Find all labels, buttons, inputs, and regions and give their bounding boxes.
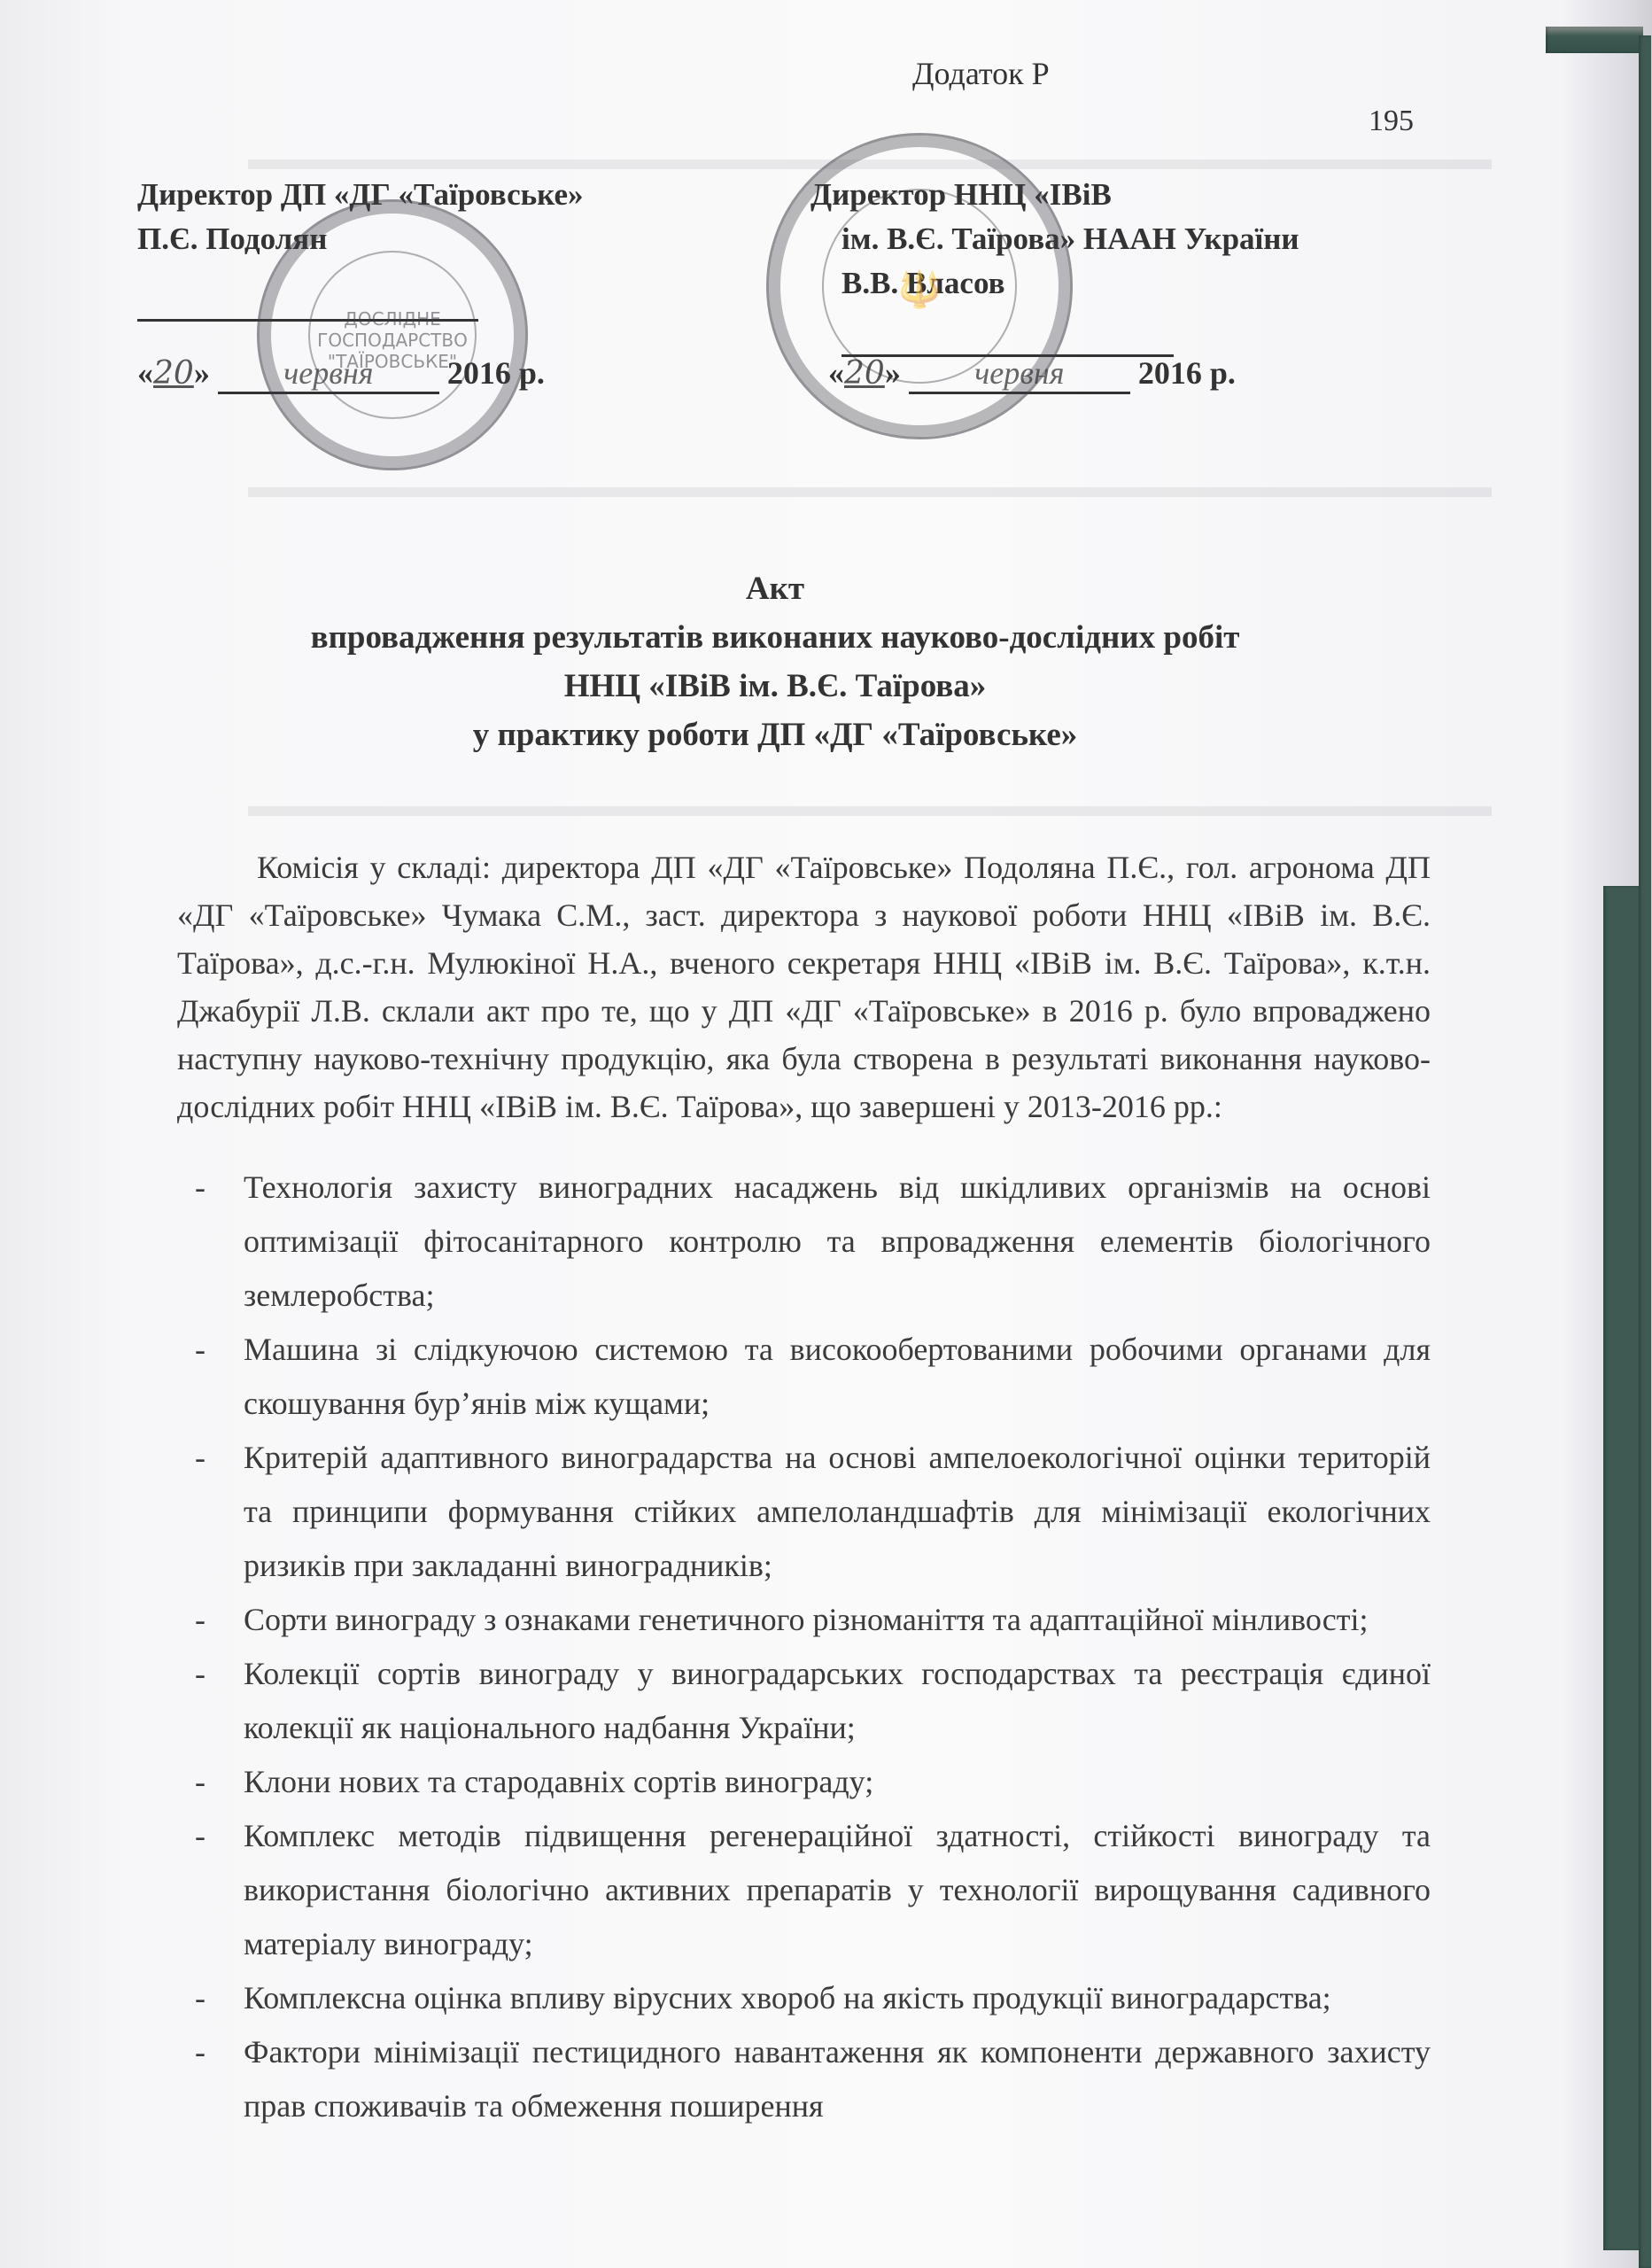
list-item: -Критерій адаптивного виноградарства на … (177, 1431, 1431, 1593)
document-title: Акт (0, 567, 1550, 611)
bullet-dash: - (195, 1431, 206, 1485)
list-item: -Технологія захисту виноградних насаджен… (177, 1161, 1431, 1323)
date-year: 2016 р. (1138, 355, 1236, 391)
results-list: -Технологія захисту виноградних насаджен… (177, 1161, 1431, 2133)
bullet-dash: - (195, 1647, 206, 1701)
bullet-dash: - (195, 1755, 206, 1809)
bullet-dash: - (195, 1323, 206, 1377)
bullet-dash: - (195, 1161, 206, 1215)
list-item: -Комплексна оцінка впливу вірусних хворо… (177, 1971, 1431, 2025)
date-day: 20 (153, 355, 194, 392)
stamp-right: 🔱 (766, 133, 1073, 439)
binding-side-lower (1603, 886, 1639, 2250)
list-item: -Комплекс методів підвищення регенерацій… (177, 1809, 1431, 1971)
page-number: 195 (1369, 105, 1414, 138)
bleed-through-text: ▬▬▬▬▬▬▬▬▬▬▬▬▬▬▬▬▬▬▬▬▬▬▬▬▬▬▬▬▬▬▬▬▬▬▬▬▬▬▬ (248, 461, 1492, 512)
stamp-left-text: ДОСЛІДНЕГОСПОДАРСТВО"ТАЇРОВСЬКЕ" (260, 308, 525, 372)
bullet-dash: - (195, 2025, 206, 2079)
intro-paragraph: Комісія у складі: директора ДП «ДГ «Таїр… (177, 843, 1431, 1130)
bleed-through-text: ▬▬▬▬▬▬▬▬▬▬▬▬▬▬▬▬▬▬▬▬▬▬▬▬▬▬▬▬▬▬▬▬▬▬▬▬▬▬▬ (248, 780, 1492, 831)
binding-top (1546, 27, 1643, 53)
intro-text: Комісія у складі: директора ДП «ДГ «Таїр… (177, 843, 1431, 1130)
trident-emblem-icon: 🔱 (769, 268, 1070, 310)
list-item: -Машина зі слідкуючою системою та високо… (177, 1323, 1431, 1431)
bullet-dash: - (195, 1593, 206, 1647)
list-item: -Фактори мінімізації пестицидного навант… (177, 2025, 1431, 2133)
list-item: -Клони нових та стародавніх сортів виног… (177, 1755, 1431, 1809)
document-subtitle-line1: впровадження результатів виконаних науко… (0, 616, 1550, 660)
bullet-dash: - (195, 1971, 206, 2025)
appendix-label: Додаток Р (912, 55, 1050, 92)
document-subtitle-line2: ННЦ «ІВіВ ім. В.Є. Таїрова» (0, 664, 1550, 709)
bullet-dash: - (195, 1809, 206, 1863)
list-item: -Сорти винограду з ознаками генетичного … (177, 1593, 1431, 1647)
stamp-left: ДОСЛІДНЕГОСПОДАРСТВО"ТАЇРОВСЬКЕ" (257, 199, 528, 470)
list-item: -Колекції сортів винограду у виноградарс… (177, 1647, 1431, 1755)
binding-side (1639, 35, 1651, 2268)
document-subtitle-line3: у практику роботи ДП «ДГ «Таїровське» (0, 713, 1550, 757)
